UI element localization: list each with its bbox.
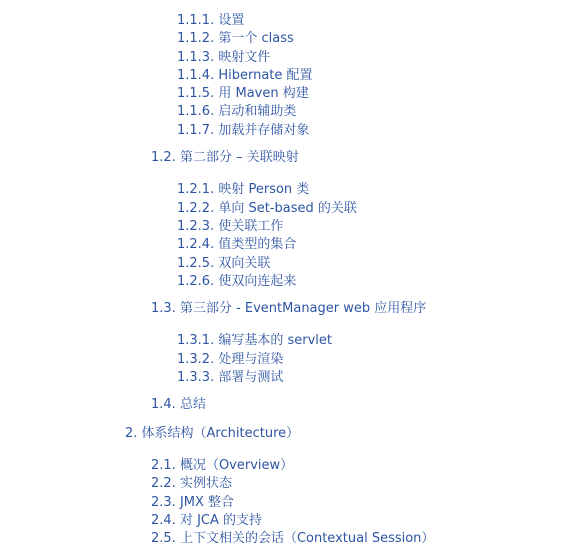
toc-link-1-1-2[interactable]: 1.1.2. 第一个 class [177, 30, 584, 48]
toc-link-1-2-1[interactable]: 1.2.1. 映射 Person 类 [177, 181, 584, 199]
toc-link-1-2-5[interactable]: 1.2.5. 双向关联 [177, 255, 584, 273]
toc-link-1-2-4[interactable]: 1.2.4. 值类型的集合 [177, 236, 584, 254]
toc-link-1-1-7[interactable]: 1.1.7. 加载并存储对象 [177, 122, 584, 140]
toc-link-1-3[interactable]: 1.3. 第三部分 - EventManager web 应用程序 [151, 300, 584, 318]
toc-link-1-1-4[interactable]: 1.1.4. Hibernate 配置 [177, 67, 584, 85]
toc-link-1-2-6[interactable]: 1.2.6. 使双向连起来 [177, 273, 584, 291]
table-of-contents: 1.1.1. 设置 1.1.2. 第一个 class 1.1.3. 映射文件 1… [0, 0, 584, 546]
toc-link-2-1[interactable]: 2.1. 概况（Overview） [151, 457, 584, 475]
toc-sublist-1-1: 1.1.1. 设置 1.1.2. 第一个 class 1.1.3. 映射文件 1… [177, 12, 584, 140]
toc-link-2-3[interactable]: 2.3. JMX 整合 [151, 494, 584, 512]
toc-link-2-4[interactable]: 2.4. 对 JCA 的支持 [151, 512, 584, 530]
toc-link-chapter-2[interactable]: 2. 体系结构（Architecture） [125, 425, 584, 443]
toc-sublist-1-2: 1.2.1. 映射 Person 类 1.2.2. 单向 Set-based 的… [177, 181, 584, 291]
toc-link-1-2-3[interactable]: 1.2.3. 使关联工作 [177, 218, 584, 236]
toc-link-1-3-1[interactable]: 1.3.1. 编写基本的 servlet [177, 332, 584, 350]
toc-link-2-2[interactable]: 2.2. 实例状态 [151, 475, 584, 493]
toc-link-1-2[interactable]: 1.2. 第二部分 – 关联映射 [151, 149, 584, 167]
toc-link-1-3-3[interactable]: 1.3.3. 部署与测试 [177, 369, 584, 387]
toc-link-1-2-2[interactable]: 1.2.2. 单向 Set-based 的关联 [177, 200, 584, 218]
chapter-1-children: 1.1.1. 设置 1.1.2. 第一个 class 1.1.3. 映射文件 1… [151, 12, 584, 415]
toc-sublist-1-3: 1.3.1. 编写基本的 servlet 1.3.2. 处理与渲染 1.3.3.… [177, 332, 584, 387]
toc-link-1-1-3[interactable]: 1.1.3. 映射文件 [177, 49, 584, 67]
toc-link-1-4[interactable]: 1.4. 总结 [151, 396, 584, 414]
toc-link-1-1-1[interactable]: 1.1.1. 设置 [177, 12, 584, 30]
toc-link-1-3-2[interactable]: 1.3.2. 处理与渲染 [177, 351, 584, 369]
toc-sublist-2: 2.1. 概况（Overview） 2.2. 实例状态 2.3. JMX 整合 … [151, 457, 584, 546]
toc-link-1-1-5[interactable]: 1.1.5. 用 Maven 构建 [177, 85, 584, 103]
toc-link-2-5[interactable]: 2.5. 上下文相关的会话（Contextual Session） [151, 530, 584, 546]
toc-link-1-1-6[interactable]: 1.1.6. 启动和辅助类 [177, 103, 584, 121]
